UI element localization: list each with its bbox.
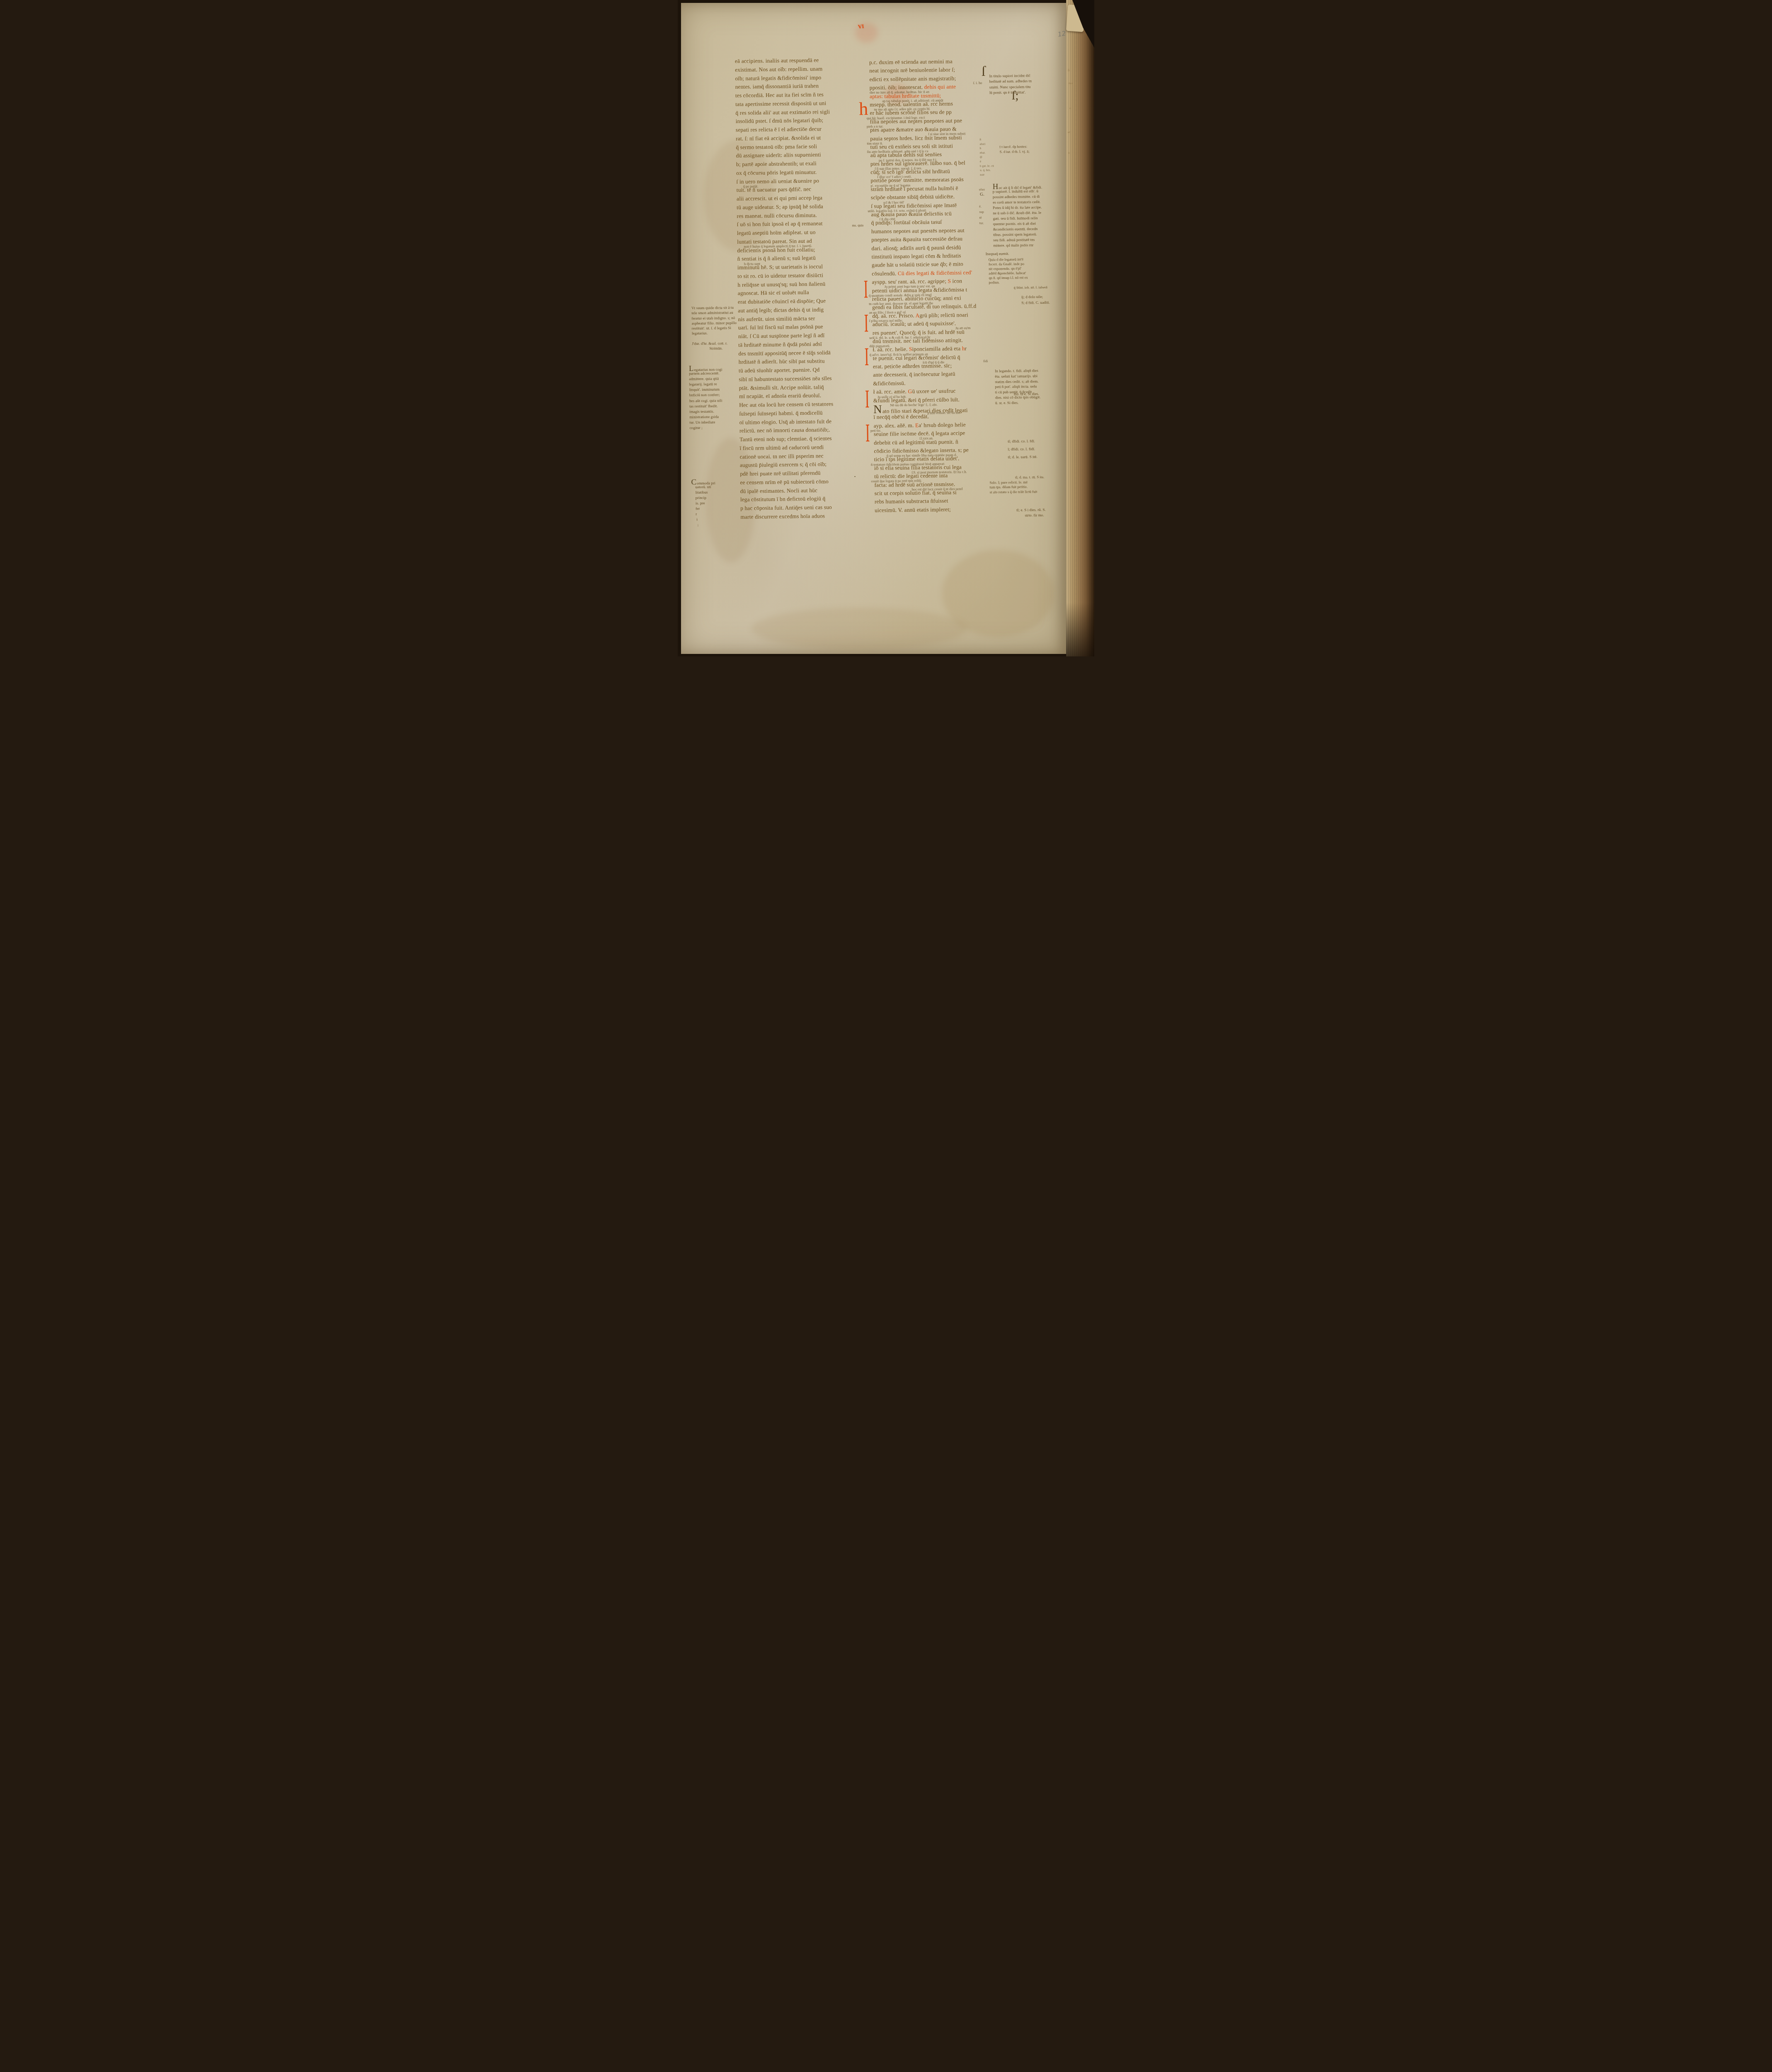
- interlinear-gloss: p'imo relīsse. sic'da me: [927, 411, 960, 415]
- gloss-line: sup: [979, 210, 991, 215]
- interlinear-gloss: Nō uu dū do boche' lege' ſ;. ſ; aīo.: [890, 403, 938, 407]
- interlinear-gloss: ueīſ ii. tłd. le. u & coli 8. ſur. ſ. ad…: [869, 335, 931, 339]
- gloss-line: lū ponit. qn ē tnsmittat'.: [989, 90, 1068, 96]
- gloss-letter-G: G.: [980, 192, 984, 197]
- gloss-fragment: fidi: [983, 360, 988, 363]
- interlinear-gloss: an nu ilile; ſ ilsen a gul' oſ.: [869, 310, 906, 315]
- right-margin-gloss-9: tl; d. ma. t. rū. S ita.Solo. l; pure re…: [989, 474, 1077, 495]
- interlinear-gloss: peti tio.: [870, 429, 881, 433]
- rubric-text: A: [915, 312, 919, 318]
- parchment-page: VI eā accipiens. inaliis aut respuendā e…: [681, 3, 1066, 654]
- interlinear-gloss: q̄ ad'ct. inser'taī. ficū ls suffiet pri…: [870, 352, 928, 356]
- edge-text-fragment: fict: [1069, 82, 1072, 85]
- ink-speck: •: [854, 475, 856, 479]
- interlinear-gloss: tn cuth ker anni. decesse tit. eī anni l…: [869, 301, 933, 305]
- gloss-line: cogitur ;: [690, 425, 744, 431]
- gloss-line: princip: [691, 495, 737, 501]
- gloss-line: mittere. qd malis psōis rnr: [993, 242, 1072, 249]
- text-column-right: p.c. duxim eē scienda aut nemini maneat …: [869, 58, 1003, 516]
- interlinear-gloss: ne mo añ apta ſ.t; adire pōt. ex ceptis …: [874, 107, 930, 111]
- interlinear-gloss: po ſ: patrui den. q̄ nepos. ita q̄ illō …: [879, 158, 936, 162]
- rubric-text: S: [948, 278, 951, 284]
- gloss-line: S. d iur. d tb. l. vj. ā;: [1000, 149, 1066, 155]
- rubric-text: E: [915, 422, 919, 428]
- gloss-line: tē: [979, 215, 992, 221]
- gloss-line: Inequaq̄ euenit.: [986, 251, 1035, 257]
- right-margin-gloss-2: ī t iurcē. dp hostes:S. d iur. d tb. l. …: [999, 144, 1066, 155]
- left-margin-gloss-3: Commoda priuatorū. utilitatibusprincipis…: [691, 479, 737, 528]
- interlinear-gloss: ap tas tabulas ponit. i. añ aditionē. cū…: [882, 99, 943, 103]
- interlinear-gloss: ſ illuc ecr' ī adict i cestō.: [877, 175, 911, 179]
- tie-mark: ſ;: [1012, 90, 1019, 102]
- gloss-line: tur.: [979, 221, 992, 227]
- gloss-line: [979, 198, 991, 204]
- edge-text-fragment: ſt: [1068, 152, 1070, 155]
- interlinear-gloss: Ju uulle ei ul bo īuīt.: [878, 395, 907, 398]
- interlinear-gloss: scī & ī hoc titl': [883, 201, 904, 204]
- interlinear-gloss: h dicta sunt: [744, 262, 760, 266]
- red-initial: I: [865, 387, 870, 411]
- right-margin-gloss-7: In legando. t. fidi. aliqñ diesēta. uelu…: [995, 368, 1074, 406]
- rubric-text: Cū dies legati & fidicōmissi ced': [898, 269, 972, 276]
- intercolumn-note: ms. quia: [852, 223, 863, 227]
- interlinear-gloss: ſ si siue sint in mem substi: [928, 132, 965, 136]
- interlinear-gloss: ñ testatore ōdiciōem potius cognitassē h…: [871, 462, 945, 466]
- interlinear-gloss: ſ p'iba retayra noſ mille;: [869, 319, 903, 322]
- gloss-line: i: [691, 517, 737, 523]
- gloss-line: r: [691, 511, 737, 517]
- rubric-text: h: [962, 345, 965, 351]
- interlinear-gloss: ſcū d'tpſ q̄ q̄ dīe: [923, 361, 945, 364]
- right-margin-gloss-4: Quia d die legatorū int'ēfecert. da Gnal…: [989, 257, 1062, 285]
- interlinear-gloss: q̄ qd semp ex hac simile libo nata expti…: [887, 453, 957, 458]
- gloss-line: ū. st. e. Si dies.: [995, 400, 1074, 406]
- right-margin-gloss-3-end: Inequaq̄ euenit.: [986, 251, 1035, 257]
- interlinear-gloss: ſ ſi sup illas pntes. uacuā. ſ. q̄ ues.: [875, 166, 922, 170]
- interlinear-gloss: Ju att eu'm: [955, 326, 971, 330]
- gloss-line: ē.: [979, 204, 991, 210]
- interlinear-gloss: dilō pignatorū.: [869, 344, 890, 348]
- interlinear-gloss: Ju primi anni lega tum p uru' est. qn: [885, 285, 935, 289]
- gloss-line: nstr: [980, 173, 1009, 177]
- interlinear-gloss: ſiu ante hedītatis aditionē. adm onē i q…: [867, 149, 928, 153]
- gloss-line: pediun.: [989, 279, 1061, 285]
- gloss-line: st aīo retato s q̄ die trāit lictū fuit: [990, 489, 1077, 495]
- interlinear-gloss: ſ.l.xxv.an.: [919, 437, 933, 441]
- red-initial: I: [864, 311, 868, 336]
- interlinear-gloss: ſ. i. ho: [973, 81, 982, 85]
- text-line: marte discurrere excedms hoīa aduos: [740, 512, 865, 522]
- interlinear-gloss: hoc est diē lacz cessit q̄ nt dies uend: [912, 487, 963, 491]
- text-line: uicesimū. V. annū etatis impleret;: [875, 506, 1003, 516]
- book-fore-edge: [1066, 0, 1094, 656]
- quire-mark: VI: [858, 23, 864, 30]
- edge-text-fragment: ſi: [1068, 69, 1069, 72]
- interlinear-gloss: qui hīc haoil. excipiuntur. i ōnā lege. …: [867, 116, 925, 120]
- interlinear-gloss: ſ ſi diu cētē: [880, 218, 895, 221]
- paragraph-mark: ſ: [982, 65, 985, 79]
- gloss-line: fer: [691, 506, 737, 512]
- interlinear-gloss: tim stayr ñ.: [867, 141, 883, 145]
- interlinear-gloss: dier no iure añ q̄. adeatur. hedttas. hi…: [870, 90, 929, 94]
- interlinear-gloss: q̄ po petijt.: [743, 184, 759, 188]
- interlinear-gloss: utilō. legatōis loā. ī ē. scto. exānā q̄…: [868, 208, 926, 213]
- rubric-text: S: [909, 346, 912, 352]
- right-margin-gloss-3: Hoc ait q̄ li dič d legati' &fidi.p supi…: [993, 183, 1072, 249]
- left-margin-gloss-2: Legatarius non cogipartem adcrescentē.ad…: [689, 366, 744, 431]
- right-margin-gloss-1: In titulo supiori incidnt dičheditatē ad…: [989, 73, 1068, 96]
- interlinear-gloss: pieb a n tur.: [867, 125, 883, 128]
- gloss-line: ;: [692, 522, 737, 528]
- gloss-line: is. pre: [691, 501, 737, 506]
- red-initial: I: [864, 345, 869, 369]
- rubric-text: dehis qui ante: [924, 84, 956, 90]
- red-initial: h: [859, 101, 868, 117]
- edge-text-fragment: r:: [1069, 107, 1071, 110]
- interlinear-gloss: p'. exceptiōe ne q̄ ui' legatus: [871, 184, 911, 188]
- red-initial: I: [865, 421, 870, 445]
- right-margin-gloss-fragments: ſtabstihebat.q̄lēb gat. le. cūu. q̄. hes…: [979, 138, 1009, 177]
- interlinear-gloss: q̄ quantum condi aonale. &fiu g xpis rli…: [869, 293, 932, 297]
- interlinear-gloss: ſ.S. si post mortem testatoris. Et ita c…: [911, 470, 967, 474]
- text-column-left: eā accipiens. inaliis aut respuendā eeex…: [735, 56, 865, 522]
- interlinear-gloss: cessit q̄ue legata ū po retē tpis reliq̄…: [871, 479, 921, 483]
- gloss-line: Strimūn.: [692, 346, 744, 352]
- gloss-line: litatibus: [691, 490, 737, 496]
- manuscript-photo: VI eā accipiens. inaliis aut respuendā e…: [678, 0, 1094, 656]
- edge-text-fragment: uī: [1068, 131, 1070, 134]
- red-initial: I: [863, 277, 868, 302]
- left-margin-gloss-1: Vt suum quide dicta sit ā tutele smon ad…: [691, 305, 744, 352]
- rubric-text: G: [908, 388, 912, 395]
